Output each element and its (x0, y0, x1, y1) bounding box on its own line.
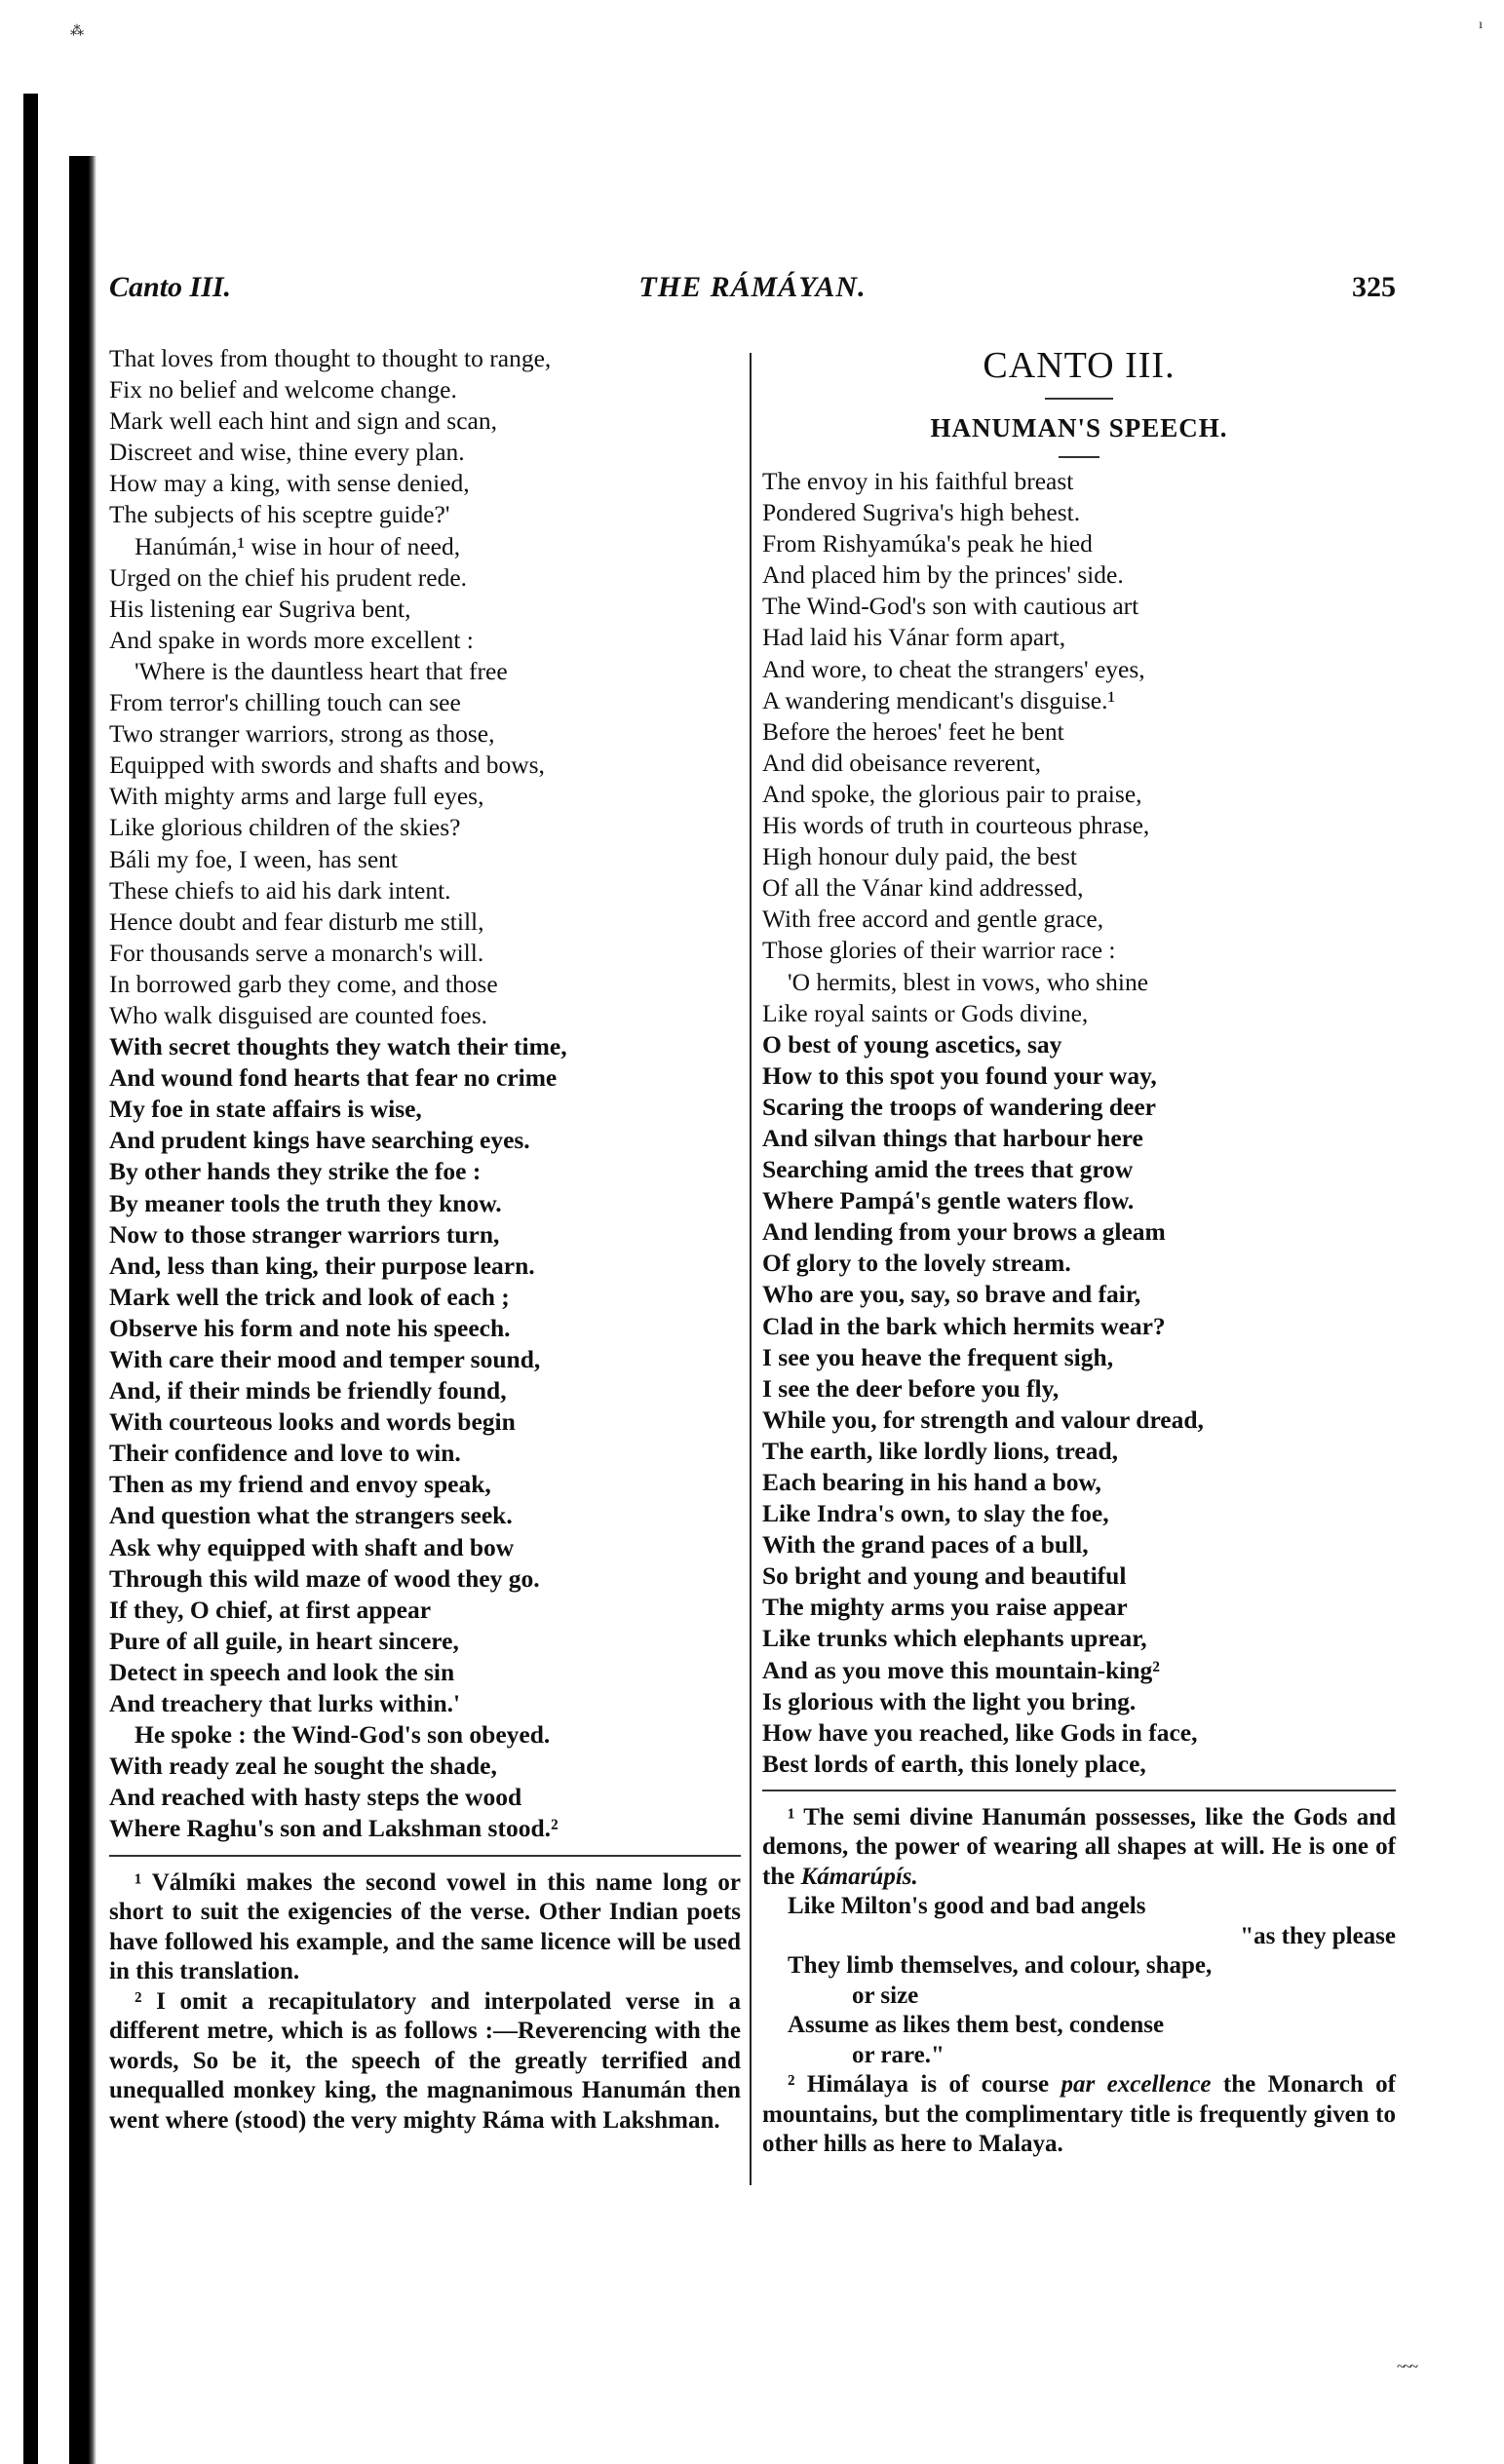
verse-line: While you, for strength and valour dread… (762, 1405, 1396, 1436)
verse-line: With courteous looks and words begin (109, 1406, 741, 1438)
footnote-rule (109, 1855, 741, 1857)
verse-line: With mighty arms and large full eyes, (109, 781, 741, 812)
milton-quote-line: "as they please (762, 1922, 1396, 1952)
verse-line: Hanúmán,¹ wise in hour of need, (109, 531, 741, 562)
column-divider (750, 353, 752, 2185)
verse-line: By other hands they strike the foe : (109, 1156, 741, 1187)
left-footnotes: ¹ Válmíki makes the second vowel in this… (109, 1868, 741, 2137)
verse-line: Through this wild maze of wood they go. (109, 1563, 741, 1595)
page-gutter-shadow (69, 156, 96, 2464)
verse-line: The envoy in his faithful breast (762, 466, 1396, 497)
verse-line: Each bearing in his hand a bow, (762, 1467, 1396, 1498)
left-verse-block: That loves from thought to thought to ra… (109, 343, 741, 1845)
verse-line: Searching amid the trees that grow (762, 1154, 1396, 1185)
footnote-1: ¹ Válmíki makes the second vowel in this… (109, 1868, 741, 1987)
verse-line: And treachery that lurks within.' (109, 1688, 741, 1719)
verse-line: How to this spot you found your way, (762, 1060, 1396, 1092)
milton-quote-line: or rare." (762, 2041, 1396, 2071)
verse-line: I see the deer before you fly, (762, 1373, 1396, 1405)
milton-quote-line: Assume as likes them best, condense (762, 2011, 1396, 2041)
verse-line: How have you reached, like Gods in face, (762, 1717, 1396, 1749)
verse-line: Before the heroes' feet he bent (762, 716, 1396, 748)
verse-line: The earth, like lordly lions, tread, (762, 1436, 1396, 1467)
verse-line: Like glorious children of the skies? (109, 812, 741, 843)
verse-line: And spoke, the glorious pair to praise, (762, 779, 1396, 810)
right-column: CANTO III. HANUMAN'S SPEECH. The envoy i… (762, 343, 1396, 2160)
verse-line: He spoke : the Wind-God's son obeyed. (109, 1719, 741, 1751)
page-binding-edge (23, 94, 38, 2464)
running-header: Canto III. THE RÁMÁYAN. 325 (109, 271, 1396, 310)
verse-line: With secret thoughts they watch their ti… (109, 1031, 741, 1062)
verse-line: With free accord and gentle grace, (762, 904, 1396, 935)
verse-line: Mark well the trick and look of each ; (109, 1282, 741, 1313)
footnote-2: ² I omit a recapitulatory and interpolat… (109, 1987, 741, 2137)
verse-line: With care their mood and temper sound, (109, 1344, 741, 1375)
verse-line: In borrowed garb they come, and those (109, 969, 741, 1000)
footnote-2: ² Himálaya is of course par excellence t… (762, 2070, 1396, 2160)
verse-line: Observe his form and note his speech. (109, 1313, 741, 1344)
verse-line: Who walk disguised are counted foes. (109, 1000, 741, 1031)
verse-line: Pondered Sugriva's high behest. (762, 497, 1396, 528)
milton-quote-line: Like Milton's good and bad angels (762, 1892, 1396, 1922)
verse-line: And silvan things that harbour here (762, 1123, 1396, 1154)
verse-line: The mighty arms you raise appear (762, 1592, 1396, 1623)
verse-line: Scaring the troops of wandering deer (762, 1092, 1396, 1123)
verse-line: My foe in state affairs is wise, (109, 1094, 741, 1125)
verse-line: Where Raghu's son and Lakshman stood.² (109, 1813, 741, 1844)
section-title: HANUMAN'S SPEECH. (762, 411, 1396, 444)
verse-line: And prudent kings have searching eyes. (109, 1125, 741, 1156)
verse-line: 'Where is the dauntless heart that free (109, 656, 741, 687)
right-footnotes: ¹ The semi divine Hanumán possesses, lik… (762, 1803, 1396, 2160)
verse-line: I see you heave the frequent sigh, (762, 1342, 1396, 1373)
verse-line: Now to those stranger warriors turn, (109, 1219, 741, 1251)
verse-line: These chiefs to aid his dark intent. (109, 875, 741, 906)
verse-line: From Rishyamúka's peak he hied (762, 528, 1396, 559)
verse-line: High honour duly paid, the best (762, 841, 1396, 872)
verse-line: 'O hermits, blest in vows, who shine (762, 967, 1396, 998)
verse-line: His listening ear Sugriva bent, (109, 594, 741, 625)
verse-line: Like royal saints or Gods divine, (762, 998, 1396, 1029)
verse-line: And lending from your brows a gleam (762, 1216, 1396, 1248)
verse-line: Discreet and wise, thine every plan. (109, 437, 741, 468)
verse-line: How may a king, with sense denied, (109, 468, 741, 499)
verse-line: And placed him by the princes' side. (762, 559, 1396, 591)
running-head-title: THE RÁMÁYAN. (109, 271, 1396, 304)
verse-line: Where Pampá's gentle waters flow. (762, 1185, 1396, 1216)
verse-line: With the grand paces of a bull, (762, 1529, 1396, 1560)
verse-line: And, less than king, their purpose learn… (109, 1251, 741, 1282)
verse-line: Like Indra's own, to slay the foe, (762, 1498, 1396, 1529)
verse-line: And as you move this mountain-king² (762, 1655, 1396, 1686)
verse-line: And wore, to cheat the strangers' eyes, (762, 654, 1396, 685)
verse-line: Like trunks which elephants uprear, (762, 1623, 1396, 1654)
verse-line: So bright and young and beautiful (762, 1560, 1396, 1592)
verse-line: Clad in the bark which hermits wear? (762, 1311, 1396, 1342)
footnote-2-italic: par excellence (1061, 2071, 1212, 2098)
verse-line: O best of young ascetics, say (762, 1029, 1396, 1060)
verse-line: Of glory to the lovely stream. (762, 1248, 1396, 1279)
verse-line: Fix no belief and welcome change. (109, 374, 741, 405)
verse-line: That loves from thought to thought to ra… (109, 343, 741, 374)
verse-line: A wandering mendicant's disguise.¹ (762, 685, 1396, 716)
verse-line: By meaner tools the truth they know. (109, 1188, 741, 1219)
verse-line: Hence doubt and fear disturb me still, (109, 906, 741, 938)
verse-line: And spake in words more excellent : (109, 625, 741, 656)
left-column: That loves from thought to thought to ra… (109, 343, 741, 2136)
footnote-rule (762, 1790, 1396, 1791)
verse-line: For thousands serve a monarch's will. (109, 938, 741, 969)
scan-smudge: ~~~ (1397, 2359, 1416, 2376)
title-rule (1045, 398, 1113, 400)
right-verse-block: The envoy in his faithful breastPondered… (762, 466, 1396, 1780)
scan-speck: ⁂ (70, 23, 84, 40)
verse-line: Báli my foe, I ween, has sent (109, 844, 741, 875)
verse-line: Pure of all guile, in heart sincere, (109, 1626, 741, 1657)
verse-line: Their confidence and love to win. (109, 1438, 741, 1469)
verse-line: The subjects of his sceptre guide?' (109, 499, 741, 530)
page-number: 325 (1352, 271, 1396, 304)
verse-line: And question what the strangers seek. (109, 1500, 741, 1531)
verse-line: Who are you, say, so brave and fair, (762, 1279, 1396, 1310)
subtitle-rule (1059, 456, 1099, 458)
verse-line: With ready zeal he sought the shade, (109, 1751, 741, 1782)
milton-quote-line: They limb themselves, and colour, shape, (762, 1951, 1396, 1982)
verse-line: Best lords of earth, this lonely place, (762, 1749, 1396, 1780)
verse-line: Those glories of their warrior race : (762, 935, 1396, 966)
footnote-1-italic: Kámarúpís. (801, 1864, 918, 1890)
verse-line: And did obeisance reverent, (762, 748, 1396, 779)
verse-line: Detect in speech and look the sin (109, 1657, 741, 1688)
milton-quote-line: or size (762, 1982, 1396, 2012)
verse-line: Then as my friend and envoy speak, (109, 1469, 741, 1500)
verse-line: Ask why equipped with shaft and bow (109, 1532, 741, 1563)
verse-line: Is glorious with the light you bring. (762, 1686, 1396, 1717)
verse-line: The Wind-God's son with cautious art (762, 591, 1396, 622)
verse-line: His words of truth in courteous phrase, (762, 810, 1396, 841)
scan-speck: ı (1479, 18, 1483, 33)
footnote-2-prefix: ² Himálaya is of course (788, 2071, 1049, 2098)
verse-line: Of all the Vánar kind addressed, (762, 872, 1396, 904)
verse-line: Had laid his Vánar form apart, (762, 622, 1396, 653)
verse-line: Two stranger warriors, strong as those, (109, 718, 741, 750)
verse-line: And reached with hasty steps the wood (109, 1782, 741, 1813)
verse-line: Urged on the chief his prudent rede. (109, 562, 741, 594)
footnote-1: ¹ The semi divine Hanumán possesses, lik… (762, 1803, 1396, 1893)
verse-line: And wound fond hearts that fear no crime (109, 1062, 741, 1094)
verse-line: Equipped with swords and shafts and bows… (109, 750, 741, 781)
verse-line: From terror's chilling touch can see (109, 687, 741, 718)
verse-line: And, if their minds be friendly found, (109, 1375, 741, 1406)
verse-line: If they, O chief, at first appear (109, 1595, 741, 1626)
verse-line: Mark well each hint and sign and scan, (109, 405, 741, 437)
canto-title: CANTO III. (762, 343, 1396, 388)
